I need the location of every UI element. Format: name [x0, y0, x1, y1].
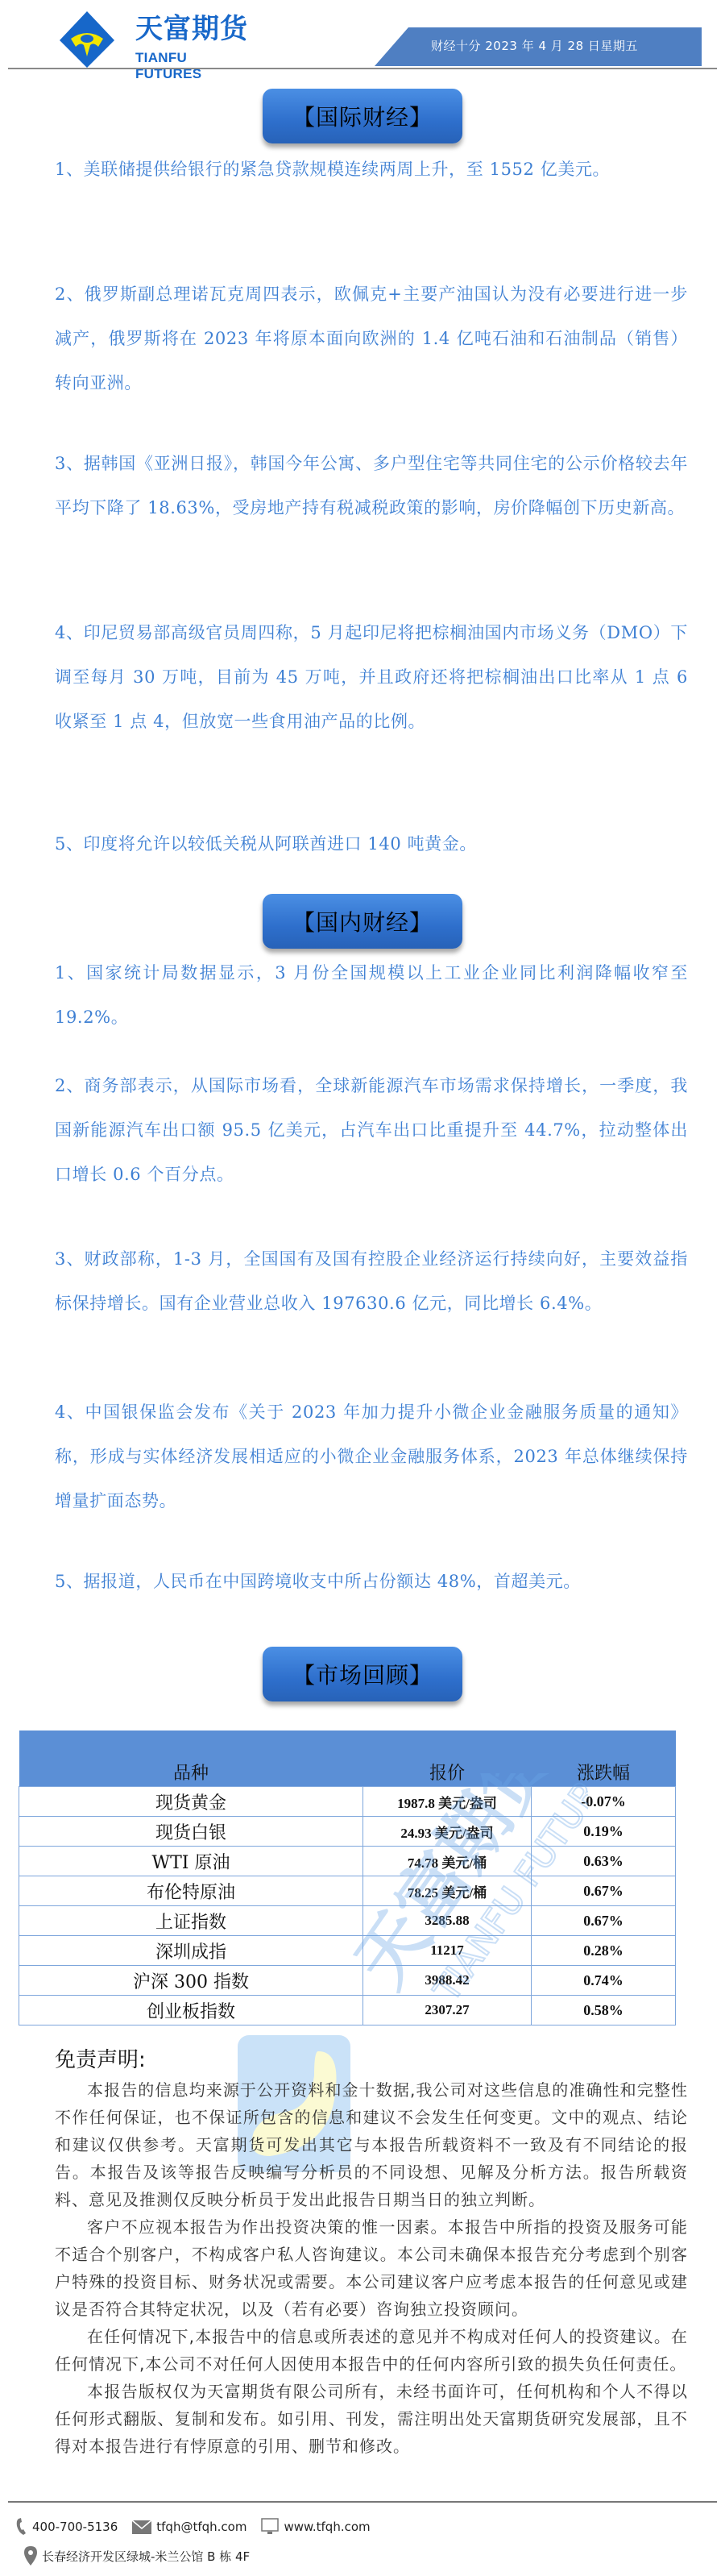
logo-english-name: TIANFU FUTURES — [135, 50, 251, 82]
logo-diamond-icon — [58, 10, 116, 68]
instrument-price: 2307.27 — [363, 1996, 532, 2025]
instrument-change: -0.07% — [532, 1787, 676, 1817]
news-item: 4、印尼贸易部高级官员周四称，5 月起印尼将把棕榈油国内市场义务（DMO）下调至… — [55, 611, 688, 744]
section-title-text: 【市场回顾】 — [292, 1658, 433, 1690]
instrument-change: 0.74% — [532, 1966, 676, 1996]
table-row: 布伦特原油 78.25 美元/桶 0.67% — [19, 1876, 676, 1906]
footer-divider — [8, 2501, 717, 2503]
instrument-name: 上证指数 — [19, 1906, 363, 1936]
section-title-international: 【国际财经】 — [263, 89, 462, 143]
email-address: tfqh@tfqh.com — [156, 2520, 246, 2534]
instrument-change: 0.28% — [532, 1936, 676, 1966]
table-row: 上证指数 3285.88 0.67% — [19, 1906, 676, 1936]
disclaimer-paragraph: 本报告版权仅为天富期货有限公司所有，未经书面许可，任何机构和个人不得以任何形式翻… — [55, 2378, 688, 2460]
disclaimer-paragraph: 在任何情况下,本报告中的信息或所表述的意见并不构成对任何人的投资建议。在任何情况… — [55, 2323, 688, 2378]
table-row: 沪深 300 指数 3988.42 0.74% — [19, 1966, 676, 1996]
table-row: 现货白银 24.93 美元/盎司 0.19% — [19, 1817, 676, 1847]
date-banner: 财经十分 2023 年 4 月 28 日星期五 — [375, 27, 702, 66]
column-header-name: 品种 — [19, 1730, 363, 1787]
column-header-price: 报价 — [363, 1730, 532, 1787]
footer-address: 长春经济开发区绿城-米兰公馆 B 栋 4F — [24, 2546, 250, 2566]
instrument-price: 74.78 美元/桶 — [363, 1847, 532, 1876]
instrument-change: 0.67% — [532, 1906, 676, 1936]
news-item: 5、据报道，人民币在中国跨境收支中所占份额达 48%，首超美元。 — [55, 1560, 688, 1604]
office-address: 长春经济开发区绿城-米兰公馆 B 栋 4F — [42, 2548, 250, 2565]
report-date: 财经十分 2023 年 4 月 28 日星期五 — [431, 37, 638, 54]
page-header: 天富期货 TIANFU FUTURES 财经十分 2023 年 4 月 28 日… — [0, 0, 725, 73]
news-item: 1、国家统计局数据显示，3 月份全国规模以上工业企业同比利润降幅收窄至 19.2… — [55, 951, 688, 1040]
instrument-name: 现货白银 — [19, 1817, 363, 1847]
instrument-price: 3988.42 — [363, 1966, 532, 1996]
footer-email: tfqh@tfqh.com — [132, 2519, 246, 2535]
instrument-change: 0.19% — [532, 1817, 676, 1847]
location-pin-icon — [24, 2546, 37, 2566]
monitor-icon — [261, 2518, 279, 2536]
instrument-name: 沪深 300 指数 — [19, 1966, 363, 1996]
section-title-text: 【国际财经】 — [292, 100, 433, 132]
table-row: WTI 原油 74.78 美元/桶 0.63% — [19, 1847, 676, 1876]
news-item: 2、商务部表示，从国际市场看，全球新能源汽车市场需求保持增长，一季度，我国新能源… — [55, 1064, 688, 1197]
email-icon — [132, 2519, 151, 2535]
instrument-change: 0.67% — [532, 1876, 676, 1906]
section-title-text: 【国内财经】 — [292, 905, 433, 937]
section-title-market: 【市场回顾】 — [263, 1647, 462, 1701]
news-item: 1、美联储提供给银行的紧急贷款规模连续两周上升，至 1552 亿美元。 — [55, 147, 688, 192]
phone-icon — [16, 2518, 27, 2536]
phone-number: 400-700-5136 — [32, 2520, 118, 2534]
section-title-domestic: 【国内财经】 — [263, 894, 462, 949]
instrument-price: 78.25 美元/桶 — [363, 1876, 532, 1906]
news-item: 3、据韩国《亚洲日报》，韩国今年公寓、多户型住宅等共同住宅的公示价格较去年平均下… — [55, 442, 688, 530]
news-item: 5、印度将允许以较低关税从阿联酋进口 140 吨黄金。 — [55, 822, 688, 866]
table-row: 现货黄金 1987.8 美元/盎司 -0.07% — [19, 1787, 676, 1817]
disclaimer-body: 本报告的信息均来源于公开资料和金十数据,我公司对这些信息的准确性和完整性不作任何… — [55, 2076, 688, 2460]
news-item: 4、中国银保监会发布《关于 2023 年加力提升小微企业金融服务质量的通知》称，… — [55, 1390, 688, 1523]
table-row: 深圳成指 11217 0.28% — [19, 1936, 676, 1966]
news-item: 2、俄罗斯副总理诺瓦克周四表示，欧佩克+主要产油国认为没有必要进行进一步减产，俄… — [55, 272, 688, 405]
instrument-price: 11217 — [363, 1936, 532, 1966]
instrument-change: 0.63% — [532, 1847, 676, 1876]
logo-chinese-name: 天富期货 — [135, 13, 248, 45]
disclaimer-paragraph: 本报告的信息均来源于公开资料和金十数据,我公司对这些信息的准确性和完整性不作任何… — [55, 2076, 688, 2213]
instrument-name: 深圳成指 — [19, 1936, 363, 1966]
column-header-change: 涨跌幅 — [532, 1730, 676, 1787]
footer-website: www.tfqh.com — [261, 2518, 370, 2536]
market-review-table: 品种 报价 涨跌幅 现货黄金 1987.8 美元/盎司 -0.07% 现货白银 … — [19, 1730, 676, 2025]
website-url: www.tfqh.com — [284, 2520, 370, 2534]
instrument-change: 0.58% — [532, 1996, 676, 2025]
company-logo: 天富期货 TIANFU FUTURES — [58, 10, 251, 68]
instrument-name: 布伦特原油 — [19, 1876, 363, 1906]
instrument-name: 现货黄金 — [19, 1787, 363, 1817]
footer-phone: 400-700-5136 — [16, 2518, 118, 2536]
disclaimer-paragraph: 客户不应视本报告为作出投资决策的惟一因素。本报告中所指的投资及服务可能不适合个别… — [55, 2213, 688, 2323]
table-row: 创业板指数 2307.27 0.58% — [19, 1996, 676, 2025]
instrument-price: 24.93 美元/盎司 — [363, 1817, 532, 1847]
page-footer: 400-700-5136 tfqh@tfqh.com www.tfqh.com … — [16, 2515, 385, 2568]
disclaimer-title: 免责声明: — [55, 2043, 146, 2073]
instrument-name: WTI 原油 — [19, 1847, 363, 1876]
table-header-row: 品种 报价 涨跌幅 — [19, 1730, 676, 1787]
instrument-price: 1987.8 美元/盎司 — [363, 1787, 532, 1817]
header-divider — [8, 68, 717, 69]
instrument-name: 创业板指数 — [19, 1996, 363, 2025]
instrument-price: 3285.88 — [363, 1906, 532, 1936]
news-item: 3、财政部称，1-3 月，全国国有及国有控股企业经济运行持续向好，主要效益指标保… — [55, 1237, 688, 1326]
